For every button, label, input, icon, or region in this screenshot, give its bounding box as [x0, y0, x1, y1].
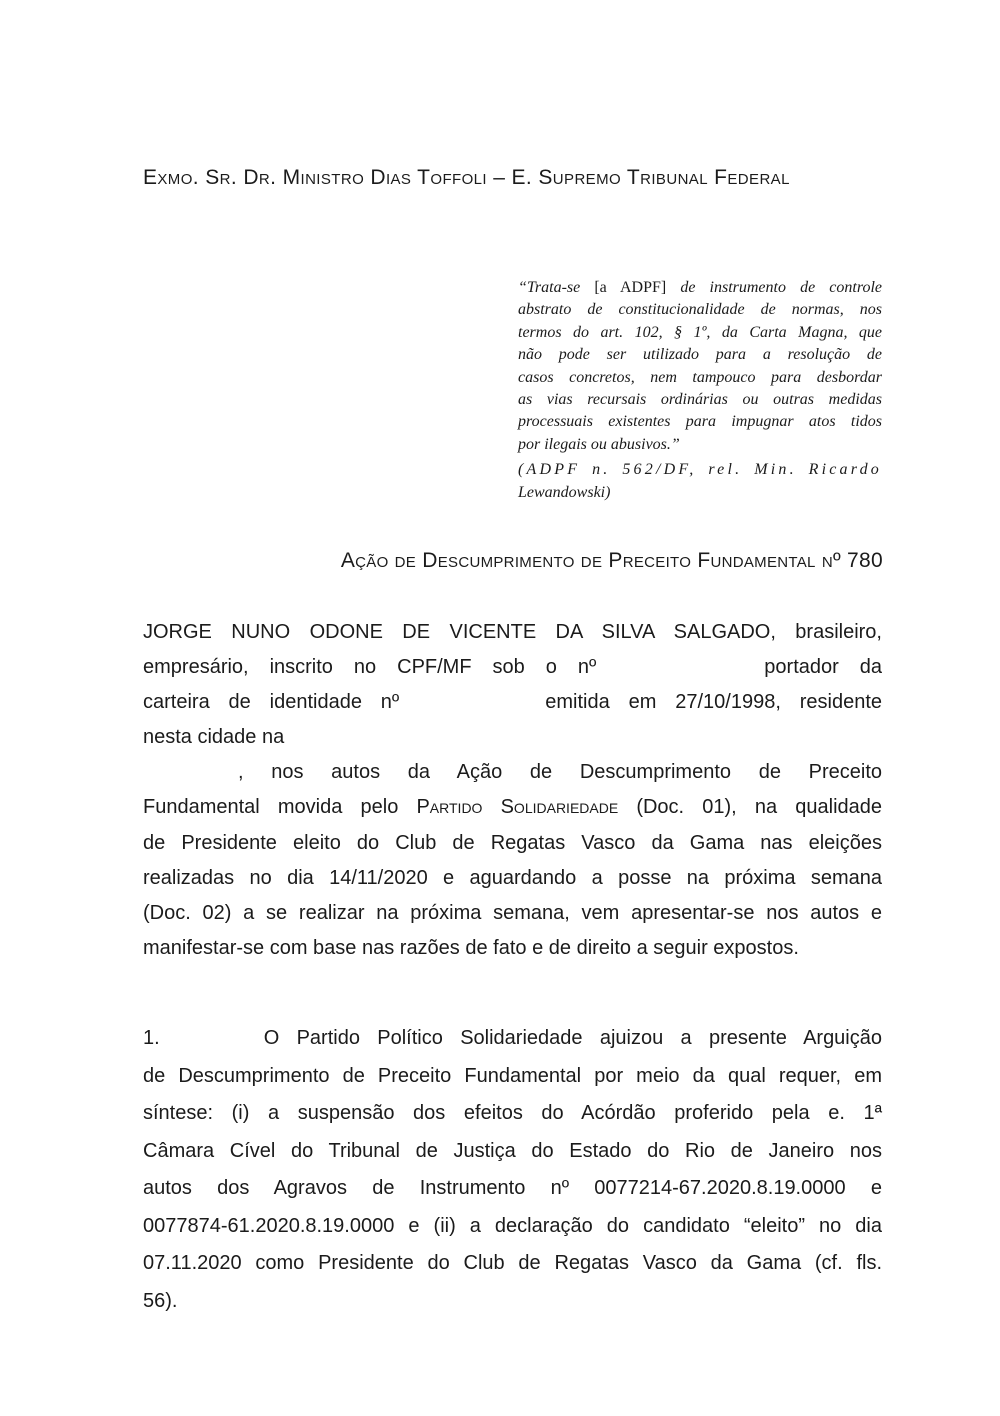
text-segment: de instrumento de controle — [666, 279, 882, 296]
text-segment: de Presidente eleito do Club de Regatas … — [143, 832, 882, 854]
qualification-paragraph: JORGE NUNO ODONE DE VICENTE DA SILVA SAL… — [143, 615, 882, 966]
case-title: Ação de Descumprimento de Preceito Funda… — [143, 548, 883, 573]
addressee-header: Exmo. Sr. Dr. Ministro Dias Toffoli – E.… — [143, 166, 893, 190]
text-line: manifestar-se com base nas razões de fat… — [143, 931, 882, 966]
text-segment: nesta cidade na — [143, 726, 284, 748]
text-segment: “Trata-se — [518, 279, 594, 296]
text-segment: as vias recursais ordinárias ou outras m… — [518, 391, 882, 408]
text-line: realizadas no dia 14/11/2020 e aguardand… — [143, 861, 882, 896]
text-line: de Presidente eleito do Club de Regatas … — [143, 826, 882, 861]
text-line: carteira de identidade nºemitida em 27/1… — [143, 685, 882, 720]
text-line: (ADPF n. 562/DF, rel. Min. Ricardo — [518, 459, 882, 482]
text-segment: por ilegais ou abusivos.” — [518, 436, 680, 453]
text-segment: termos do art. 102, § 1º, da Carta Magna… — [518, 324, 882, 341]
text-segment: portador da — [764, 656, 882, 678]
text-segment: 07.11.2020 como Presidente do Club de Re… — [143, 1252, 882, 1274]
text-line: Fundamental movida pelo Partido Solidari… — [143, 790, 882, 825]
redacted-gap — [160, 1043, 264, 1044]
text-line: JORGE NUNO ODONE DE VICENTE DA SILVA SAL… — [143, 615, 882, 650]
text-segment: (ADPF n. 562/DF, rel. Min. Ricardo — [518, 461, 882, 478]
text-segment: Câmara Cível do Tribunal de Justiça do E… — [143, 1140, 882, 1162]
text-line: termos do art. 102, § 1º, da Carta Magna… — [518, 322, 882, 344]
text-segment: abstrato de constitucionalidade de norma… — [518, 301, 882, 318]
text-line: de Descumprimento de Preceito Fundamenta… — [143, 1058, 882, 1096]
text-segment: 56). — [143, 1290, 177, 1312]
text-segment: empresário, inscrito no CPF/MF sob o nº — [143, 656, 596, 678]
text-segment: de Descumprimento de Preceito Fundamenta… — [143, 1065, 882, 1087]
text-line: 56). — [143, 1283, 882, 1321]
text-line: (Doc. 02) a se realizar na próxima seman… — [143, 896, 882, 931]
text-segment: Partido Solidariedade — [416, 796, 618, 818]
text-line: 0077874-61.2020.8.19.0000 e (ii) a decla… — [143, 1208, 882, 1246]
numbered-paragraph-1: 1.O Partido Político Solidariedade ajuiz… — [143, 1020, 882, 1320]
document-page: Exmo. Sr. Dr. Ministro Dias Toffoli – E.… — [0, 0, 1000, 1416]
text-segment: O Partido Político Solidariedade ajuizou… — [264, 1027, 882, 1049]
redacted-gap — [399, 707, 545, 708]
text-segment: manifestar-se com base nas razões de fat… — [143, 937, 799, 959]
text-line: por ilegais ou abusivos.” — [518, 434, 882, 456]
text-segment: JORGE NUNO ODONE DE VICENTE DA SILVA SAL… — [143, 621, 882, 643]
text-line: não pode ser utilizado para a resolução … — [518, 344, 882, 366]
text-line: Lewandowski) — [518, 482, 882, 505]
text-segment: processuais existentes para impugnar ato… — [518, 413, 882, 430]
text-segment: Fundamental movida pelo — [143, 796, 416, 818]
text-segment: (Doc. 01), na qualidade — [618, 796, 882, 818]
text-line: empresário, inscrito no CPF/MF sob o nºp… — [143, 650, 882, 685]
text-segment: realizadas no dia 14/11/2020 e aguardand… — [143, 867, 882, 889]
text-line: , nos autos da Ação de Descumprimento de… — [143, 755, 882, 790]
text-line: 1.O Partido Político Solidariedade ajuiz… — [143, 1020, 882, 1058]
text-line: “Trata-se [a ADPF] de instrumento de con… — [518, 277, 882, 299]
text-line: autos dos Agravos de Instrumento nº 0077… — [143, 1170, 882, 1208]
text-segment: [a ADPF] — [594, 279, 666, 296]
redacted-gap — [143, 777, 238, 778]
text-line: Câmara Cível do Tribunal de Justiça do E… — [143, 1133, 882, 1171]
redacted-gap — [596, 672, 764, 673]
text-segment: emitida em 27/10/1998, residente — [545, 691, 882, 713]
text-line: processuais existentes para impugnar ato… — [518, 411, 882, 433]
text-line: nesta cidade na — [143, 720, 882, 755]
text-segment: não pode ser utilizado para a resolução … — [518, 346, 882, 363]
text-segment: , nos autos da Ação de Descumprimento de… — [238, 761, 882, 783]
text-line: casos concretos, nem tampouco para desbo… — [518, 367, 882, 389]
text-line: abstrato de constitucionalidade de norma… — [518, 299, 882, 321]
text-segment: síntese: (i) a suspensão dos efeitos do … — [143, 1102, 882, 1124]
text-line: as vias recursais ordinárias ou outras m… — [518, 389, 882, 411]
text-segment: casos concretos, nem tampouco para desbo… — [518, 369, 882, 386]
text-line: síntese: (i) a suspensão dos efeitos do … — [143, 1095, 882, 1133]
text-segment: (Doc. 02) a se realizar na próxima seman… — [143, 902, 882, 924]
quote-citation: (ADPF n. 562/DF, rel. Min. RicardoLewand… — [518, 459, 882, 504]
text-segment: carteira de identidade nº — [143, 691, 399, 713]
text-line: 07.11.2020 como Presidente do Club de Re… — [143, 1245, 882, 1283]
text-segment: 1. — [143, 1027, 160, 1049]
text-segment: autos dos Agravos de Instrumento nº 0077… — [143, 1177, 882, 1199]
text-segment: Lewandowski) — [518, 484, 610, 501]
text-segment: 0077874-61.2020.8.19.0000 e (ii) a decla… — [143, 1215, 882, 1237]
doctrine-quote: “Trata-se [a ADPF] de instrumento de con… — [518, 277, 882, 456]
